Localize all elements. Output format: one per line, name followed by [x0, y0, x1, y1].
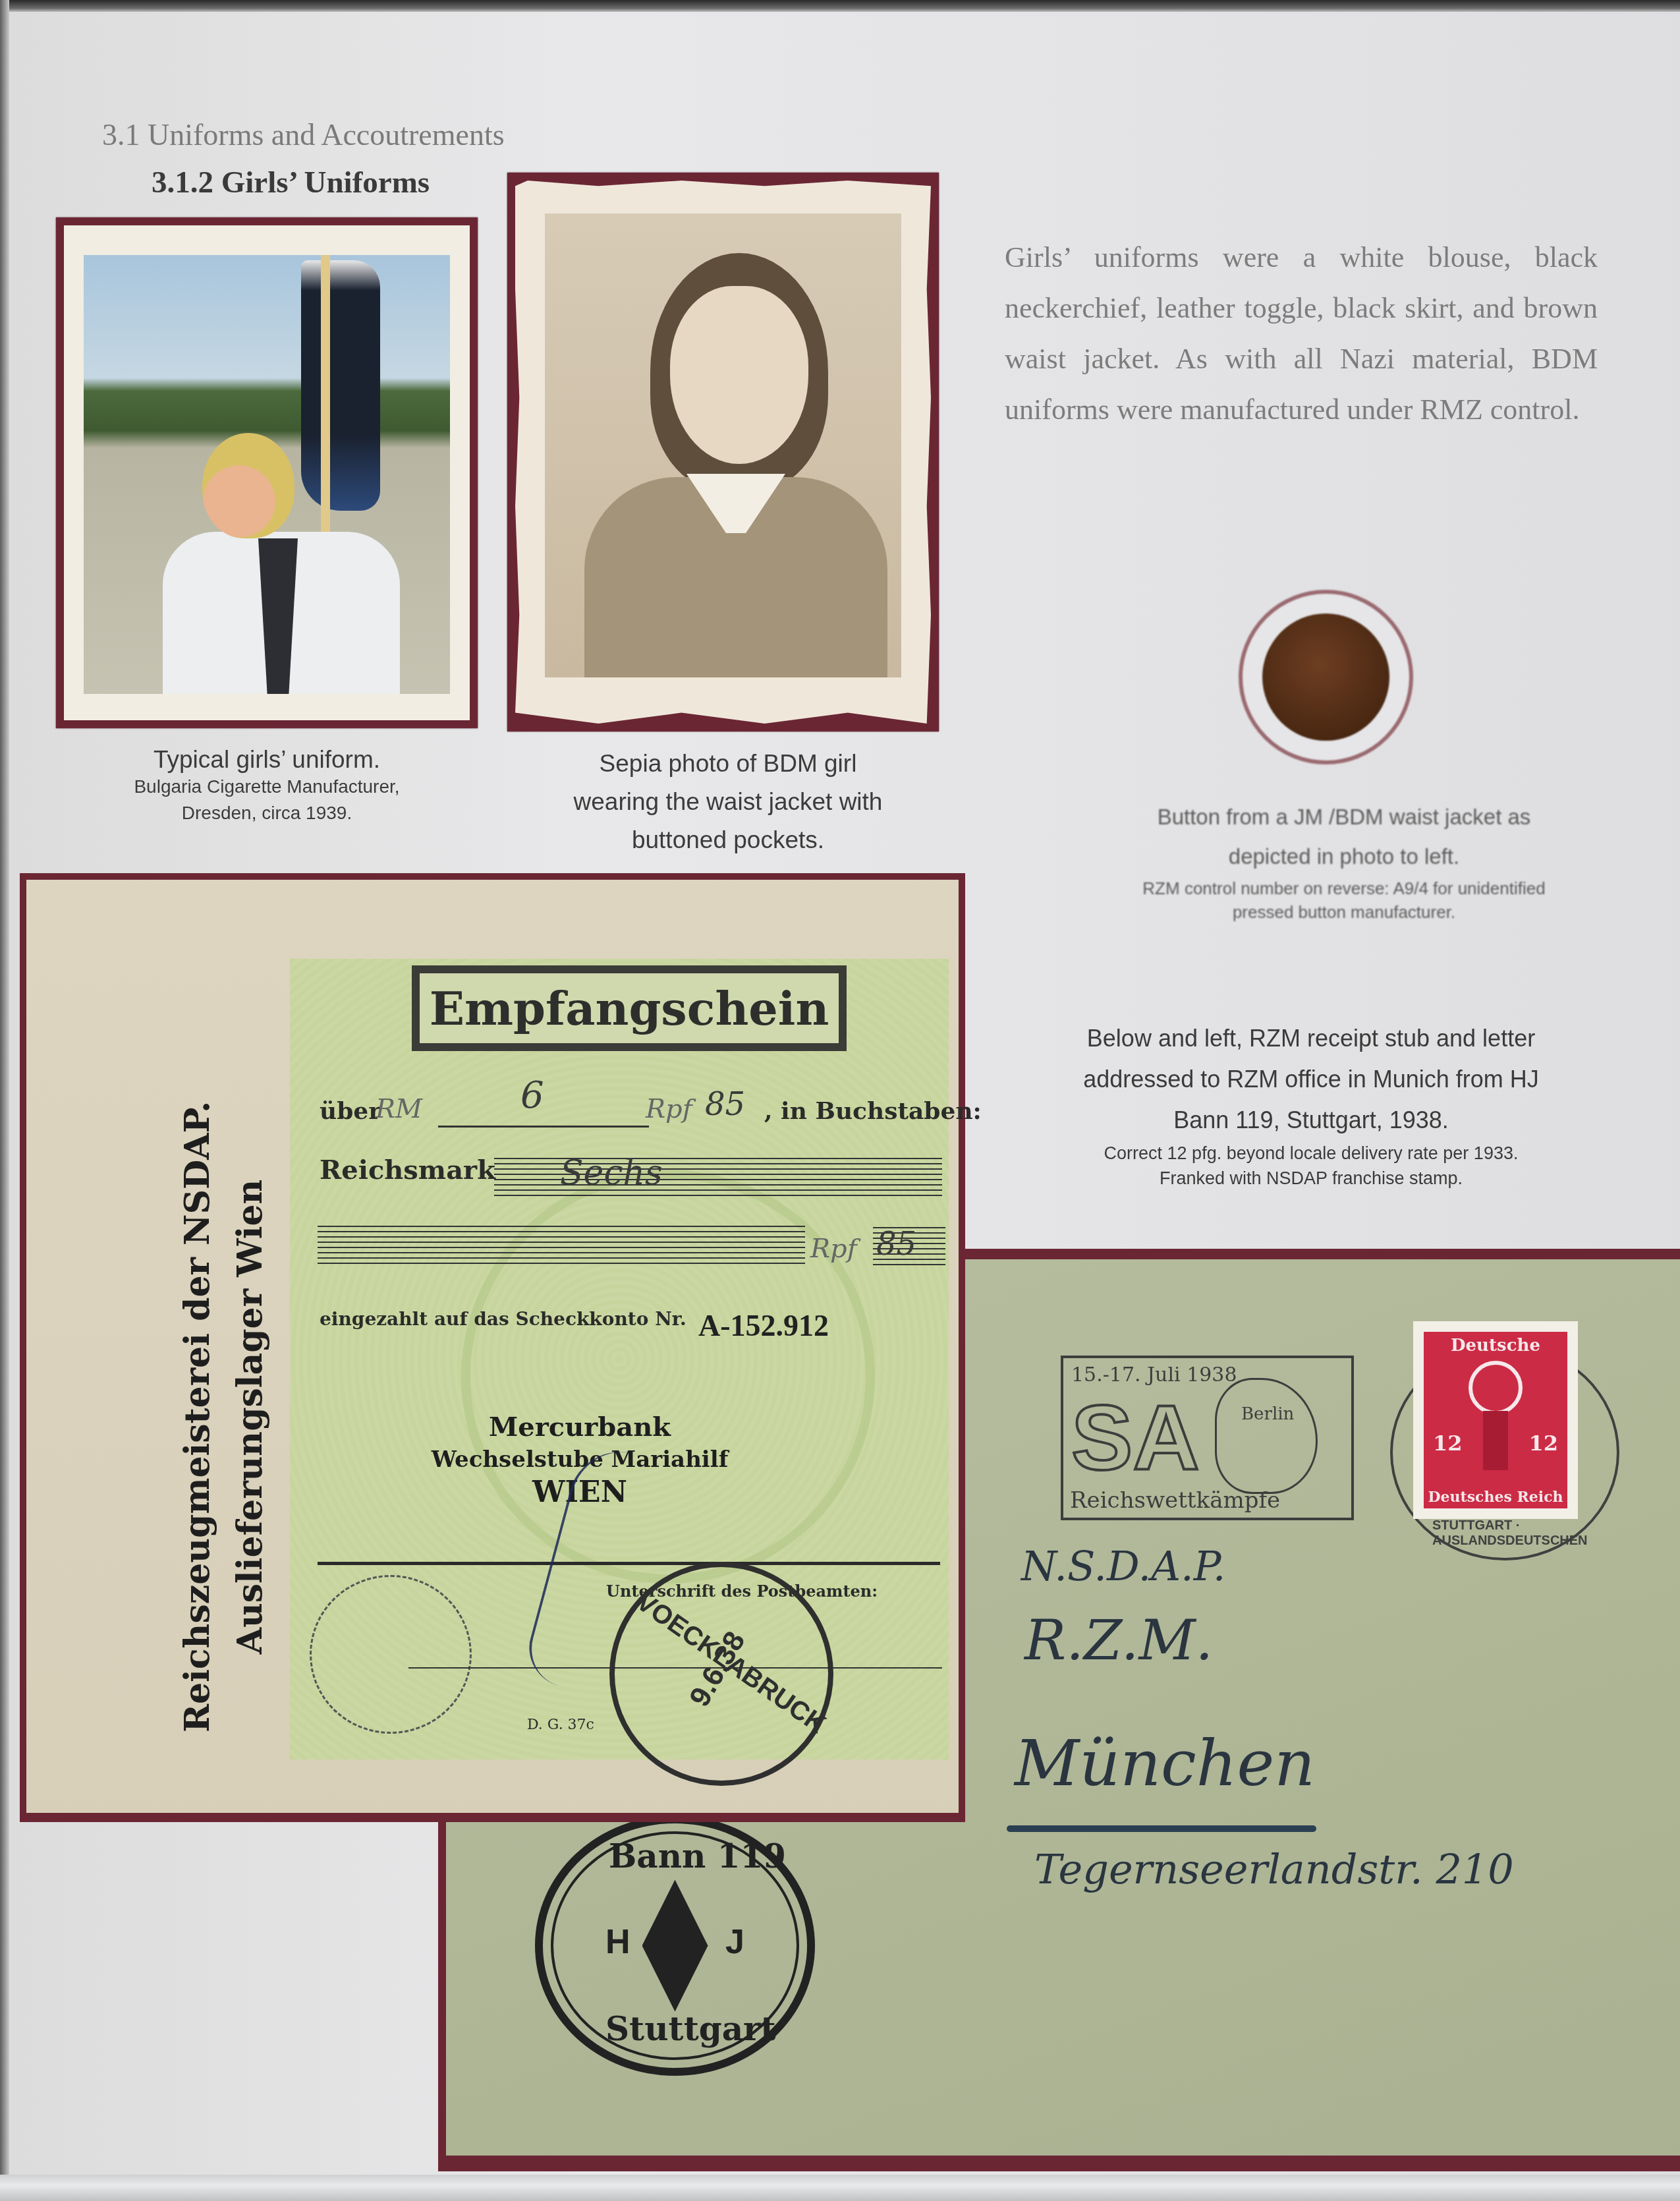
- label-reichsmark: Reichsmark: [320, 1155, 495, 1186]
- section-heading: 3.1 Uniforms and Accoutrements: [102, 117, 505, 152]
- receipt-letter-caption: Below and left, RZM receipt stub and let…: [1034, 1018, 1588, 1191]
- scanner-top-edge: [0, 0, 1680, 12]
- subsection-heading: 3.1.2 Girls’ Uniforms: [152, 165, 430, 200]
- voecklabruck-postmark: VOECKLABRUCK 9.6.38: [609, 1562, 833, 1786]
- eagle-emblem-icon: [1469, 1361, 1523, 1415]
- caption-line: depicted in photo to left.: [1071, 837, 1617, 876]
- rm-underline: [438, 1126, 649, 1128]
- caption-line: RZM control number on reverse: A9/4 for …: [1071, 876, 1617, 900]
- account-number: A-152.912: [698, 1308, 829, 1343]
- postmark-placeholder: [310, 1575, 472, 1734]
- scanner-left-edge: [0, 0, 9, 2201]
- cigarette-card-caption: Typical girls’ uniform. Bulgaria Cigaret…: [72, 746, 461, 826]
- stamp-design: Deutsche 12 12 Deutsches Reich: [1424, 1332, 1567, 1508]
- hj-letter-j: J: [725, 1922, 744, 1962]
- stamp-value-left: 12: [1433, 1431, 1463, 1456]
- amount-rpf: 85: [705, 1086, 745, 1123]
- bank-name: Mercurbank: [369, 1410, 791, 1444]
- address-line-2: R.Z.M.: [1024, 1608, 1213, 1672]
- caption-line: Franked with NSDAP franchise stamp.: [1034, 1166, 1588, 1191]
- address-line-1: N.S.D.A.P.: [1021, 1542, 1226, 1590]
- caption-title: Typical girls’ uniform.: [72, 746, 461, 774]
- postage-stamp: Deutsche 12 12 Deutsches Reich: [1413, 1321, 1578, 1519]
- amount-rpf-2: 85: [876, 1226, 916, 1263]
- label-rm: RM: [376, 1094, 422, 1124]
- receipt-side-text: Reichszeugmeisterei der NSDAP. Ausliefer…: [171, 1094, 283, 1740]
- stamp-value-right: 12: [1528, 1431, 1558, 1456]
- caption-line: wearing the waist jacket with: [491, 783, 965, 821]
- sepia-photo-caption: Sepia photo of BDM girl wearing the wais…: [491, 745, 965, 859]
- caption-line: addressed to RZM office in Munich from H…: [1034, 1059, 1588, 1100]
- caption-line: Correct 12 pfg. beyond locale delivery r…: [1034, 1141, 1588, 1166]
- cigarette-card-image: [84, 255, 450, 694]
- receipt-title: Empfangschein: [412, 965, 847, 1051]
- form-code: D. G. 37c: [527, 1717, 594, 1733]
- cigarette-card-mount: [56, 217, 478, 728]
- girl-face: [670, 286, 808, 464]
- sepia-photo-mount: [507, 173, 939, 731]
- sepia-photo: [515, 181, 931, 724]
- caption-line: Dresden, circa 1939.: [72, 800, 461, 826]
- side-text-line-2: Auslieferungslager Wien: [224, 1094, 277, 1740]
- label-rpf-2: Rpf: [810, 1234, 857, 1264]
- caption-line: pressed button manufacturer.: [1071, 900, 1617, 924]
- caption-line: Button from a JM /BDM waist jacket as: [1071, 797, 1617, 837]
- slogan-date: 15.-17. Juli 1938: [1071, 1363, 1237, 1386]
- amount-rm: 6: [520, 1074, 544, 1117]
- hj-stamp-top-text: Bann 119: [609, 1837, 786, 1875]
- hj-bann-stamp: Bann 119 H J Stuttgart: [535, 1815, 815, 2076]
- hj-letter-h: H: [605, 1922, 630, 1962]
- caption-line: buttoned pockets.: [491, 821, 965, 859]
- slogan-sa: SA: [1071, 1385, 1199, 1491]
- pillar-icon: [1483, 1411, 1508, 1470]
- scanner-bottom-edge: [0, 2175, 1680, 2201]
- girl-head: [202, 433, 294, 538]
- label-scheckkonto: eingezahlt auf das Scheckkonto Nr.: [320, 1308, 686, 1330]
- caption-line: Bann 119, Stuttgart, 1938.: [1034, 1100, 1588, 1141]
- uniform-button-icon: [1262, 614, 1389, 741]
- side-text-line-1: Reichszeugmeisterei der NSDAP.: [171, 1094, 224, 1740]
- cancel-text: STUTTGART · AUSLANDSDEUTSCHEN: [1432, 1518, 1617, 1549]
- address-underline: [1007, 1825, 1316, 1832]
- label-uber: über: [320, 1097, 381, 1125]
- hj-stamp-bottom-text: Stuttgart: [605, 2009, 776, 2048]
- sepia-photo-image: [545, 214, 901, 677]
- caption-line: Below and left, RZM receipt stub and let…: [1034, 1018, 1588, 1059]
- slogan-bottom: Reichswettkämpfe: [1070, 1487, 1280, 1514]
- stamp-bottom-text: Deutsches Reich: [1424, 1489, 1567, 1506]
- germany-map-icon: [1215, 1378, 1318, 1494]
- blank-ruled-field: [318, 1226, 805, 1265]
- caption-line: Bulgaria Cigarette Manufacturer,: [72, 774, 461, 800]
- button-caption: Button from a JM /BDM waist jacket as de…: [1071, 797, 1617, 924]
- amount-words: Sechs: [560, 1153, 663, 1193]
- slogan-cancel: 15.-17. Juli 1938 SA Berlin Reichswettkä…: [1061, 1356, 1354, 1520]
- address-city: München: [1015, 1727, 1315, 1800]
- address-street: Tegernseerlandstr. 210: [1034, 1845, 1514, 1893]
- cigarette-card: [64, 225, 470, 720]
- stamp-top-text: Deutsche: [1424, 1336, 1567, 1356]
- label-rpf: Rpf: [646, 1094, 692, 1124]
- uniform-button-mount: [1239, 590, 1413, 764]
- intro-paragraph: Girls’ uniforms were a white blouse, bla…: [1005, 232, 1598, 435]
- label-buchstaben: , in Buchstaben:: [764, 1097, 982, 1125]
- flag-icon: [301, 260, 380, 511]
- caption-line: Sepia photo of BDM girl: [491, 745, 965, 783]
